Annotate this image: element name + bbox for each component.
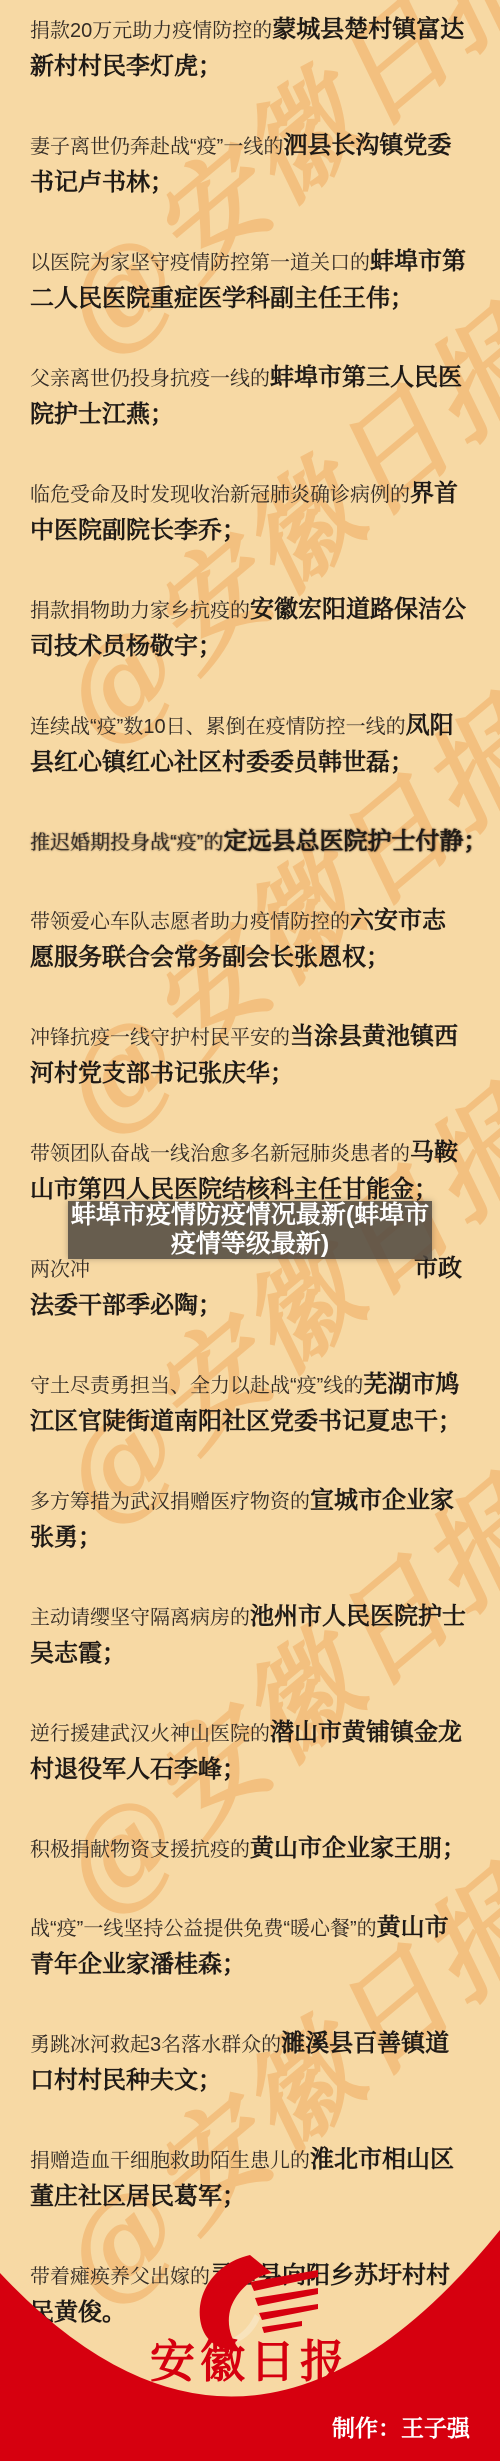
- item-lead: 守土尽责勇担当、全力以赴战“疫”线的: [30, 1375, 363, 1397]
- news-list: 捐款20万元助力疫情防控的蒙城县楚村镇富达新村村民李灯虎；妻子离世仍奔赴战“疫”…: [0, 0, 500, 2332]
- item-tail: ；: [198, 1292, 222, 1319]
- item-lead: 临危受命及时发现收治新冠肺炎确诊病例的: [30, 484, 410, 506]
- item-tail: ；: [102, 1640, 126, 1667]
- item-tail: ；: [366, 944, 390, 971]
- item-lead: 捐款捐物助力家乡抗疫的: [30, 600, 250, 622]
- item-tail: ；: [150, 169, 174, 196]
- news-item: 积极捐献物资支援抗疫的黄山市企业家王朋；: [30, 1831, 467, 1868]
- item-tail: ；: [442, 1835, 466, 1862]
- item-tail: ；: [438, 1408, 462, 1435]
- news-item: 以医院为家坚守疫情防控第一道关口的蚌埠市第二人民医院重症医学科副主任王伟；: [30, 244, 467, 318]
- item-lead: 勇跳冰河救起3名落水群众的: [30, 2034, 281, 2056]
- news-item: 逆行援建武汉火神山医院的潜山市黄铺镇金龙村退役军人石李峰；: [30, 1715, 467, 1789]
- item-lead: 两次冲: [30, 1259, 90, 1281]
- item-lead: 积极捐献物资支援抗疫的: [30, 1839, 250, 1861]
- item-tail: ；: [390, 285, 414, 312]
- overlay-title-text: 蚌埠市疫情防疫情况最新(蚌埠市疫情等级最新): [68, 1201, 432, 1259]
- item-tail: ；: [78, 1524, 102, 1551]
- item-lead: 战“疫”一线坚持公益提供免费“暖心餐”的: [30, 1918, 377, 1940]
- title-overlay: 蚌埠市疫情防疫情况最新(蚌埠市疫情等级最新): [68, 1201, 432, 1259]
- news-item: 带领爱心车队志愿者助力疫情防控的六安市志愿服务联合会常务副会长张恩权；: [30, 903, 467, 977]
- item-lead: 多方筹措为武汉捐赠医疗物资的: [30, 1491, 310, 1513]
- item-person-name: 市政法委干部季必陶: [30, 1255, 462, 1319]
- item-lead: 连续战“疫”数10日、累倒在疫情防控一线的: [30, 716, 406, 738]
- obscured-gap: [90, 1275, 414, 1276]
- news-item: 捐款捐物助力家乡抗疫的安徽宏阳道路保洁公司技术员杨敬宇；: [30, 592, 467, 666]
- item-lead: 主动请缨坚守隔离病房的: [30, 1607, 250, 1629]
- footer: 安徽日报 制作：王子强: [0, 2150, 500, 2461]
- credit-text: 制作：王子强: [332, 2415, 471, 2441]
- item-lead: 推迟婚期投身战“疫”的: [30, 832, 223, 854]
- item-tail: ；: [270, 1060, 294, 1087]
- news-item: 捐款20万元助力疫情防控的蒙城县楚村镇富达新村村民李灯虎；: [30, 12, 467, 86]
- poster: @安徽日报 @安徽日报 @安徽日报 @安徽日报 @安徽日报 @安徽日报 捐款20…: [0, 0, 500, 2461]
- item-tail: ；: [414, 1176, 438, 1203]
- item-lead: 妻子离世仍奔赴战“疫”一线的: [30, 136, 283, 158]
- item-lead: 捐款20万元助力疫情防控的: [30, 20, 272, 42]
- news-item: 连续战“疫”数10日、累倒在疫情防控一线的凤阳县红心镇红心社区村委委员韩世磊；: [30, 708, 467, 782]
- news-item: 守土尽责勇担当、全力以赴战“疫”线的芜湖市鸠江区官陡街道南阳社区党委书记夏忠干；: [30, 1367, 467, 1441]
- item-lead: 带领爱心车队志愿者助力疫情防控的: [30, 911, 350, 933]
- news-item: 妻子离世仍奔赴战“疫”一线的泗县长沟镇党委书记卢书林；: [30, 128, 467, 202]
- item-person-name: 黄山市企业家王朋: [250, 1835, 442, 1862]
- news-item: 带领团队奋战一线治愈多名新冠肺炎患者的马鞍山市第四人民医院结核科主任甘能金；: [30, 1135, 467, 1209]
- item-tail: ；: [222, 517, 246, 544]
- item-tail: ；: [390, 749, 414, 776]
- item-lead: 冲锋抗疫一线守护村民平安的: [30, 1027, 290, 1049]
- item-tail: ；: [198, 2067, 222, 2094]
- news-item: 父亲离世仍投身抗疫一线的蚌埠市第三人民医院护士江燕；: [30, 360, 467, 434]
- news-item: 勇跳冰河救起3名落水群众的濉溪县百善镇道口村村民种夫文；: [30, 2026, 467, 2100]
- item-lead: 带领团队奋战一线治愈多名新冠肺炎患者的: [30, 1143, 410, 1165]
- news-item: 主动请缨坚守隔离病房的池州市人民医院护士吴志霞；: [30, 1599, 467, 1673]
- item-tail: ；: [150, 401, 174, 428]
- news-item: 冲锋抗疫一线守护村民平安的当涂县黄池镇西河村党支部书记张庆华；: [30, 1019, 467, 1093]
- news-item: 战“疫”一线坚持公益提供免费“暖心餐”的黄山市青年企业家潘桂森；: [30, 1910, 467, 1984]
- news-item: 推迟婚期投身战“疫”的定远县总医院护士付静；: [30, 824, 467, 861]
- item-person-name: 定远县总医院护士付静: [223, 828, 463, 855]
- item-lead: 以医院为家坚守疫情防控第一道关口的: [30, 252, 370, 274]
- item-tail: ；: [463, 828, 487, 855]
- news-item: 多方筹措为武汉捐赠医疗物资的宣城市企业家张勇；: [30, 1483, 467, 1557]
- item-lead: 逆行援建武汉火神山医院的: [30, 1723, 270, 1745]
- news-item: 两次冲市政法委干部季必陶；: [30, 1251, 467, 1325]
- brand-calligraphy: 安徽日报: [150, 2335, 350, 2388]
- item-tail: ；: [222, 1756, 246, 1783]
- item-tail: ；: [198, 633, 222, 660]
- item-lead: 父亲离世仍投身抗疫一线的: [30, 368, 270, 390]
- item-tail: ；: [198, 53, 222, 80]
- news-item: 临危受命及时发现收治新冠肺炎确诊病例的界首中医院副院长李乔；: [30, 476, 467, 550]
- item-tail: ；: [222, 1951, 246, 1978]
